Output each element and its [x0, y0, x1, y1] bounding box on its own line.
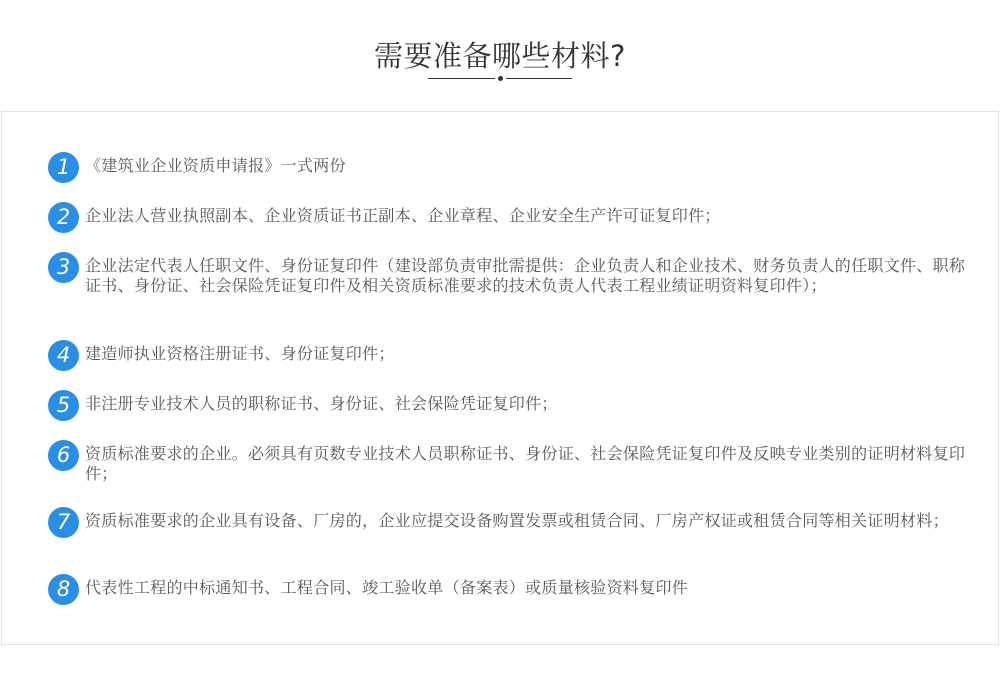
- material-text: 企业法定代表人任职文件、身份证复印件（建设部负责审批需提供：企业负责人和企业技术…: [85, 256, 975, 296]
- number-badge-icon: 5: [48, 390, 79, 421]
- materials-panel: 1 《建筑业企业资质申请报》一式两份 2 企业法人营业执照副本、企业资质证书正副…: [1, 111, 999, 645]
- number-badge-icon: 4: [48, 340, 79, 371]
- number-badge-icon: 1: [48, 152, 79, 183]
- number-badge-icon: 3: [48, 252, 79, 283]
- divider-dot-icon: [498, 76, 503, 81]
- divider-line-left: [428, 78, 495, 79]
- divider-line-right: [506, 78, 572, 79]
- number-badge-icon: 7: [48, 507, 79, 538]
- number-badge-icon: 8: [48, 574, 79, 605]
- title-divider: [428, 77, 572, 80]
- material-text: 资质标准要求的企业具有设备、厂房的，企业应提交设备购置发票或租赁合同、厂房产权证…: [85, 511, 975, 531]
- material-text: 建造师执业资格注册证书、身份证复印件；: [85, 344, 975, 364]
- number-badge-icon: 2: [48, 202, 79, 233]
- number-badge-icon: 6: [48, 440, 79, 471]
- material-text: 非注册专业技术人员的职称证书、身份证、社会保险凭证复印件；: [85, 394, 975, 414]
- section-header: 需要准备哪些材料?: [0, 0, 1000, 110]
- material-text: 《建筑业企业资质申请报》一式两份: [85, 156, 975, 176]
- material-text: 企业法人营业执照副本、企业资质证书正副本、企业章程、企业安全生产许可证复印件；: [85, 206, 975, 226]
- material-text: 代表性工程的中标通知书、工程合同、竣工验收单（备案表）或质量核验资料复印件: [85, 578, 975, 598]
- page-title: 需要准备哪些材料?: [0, 36, 1000, 76]
- material-text: 资质标准要求的企业。必须具有页数专业技术人员职称证书、身份证、社会保险凭证复印件…: [85, 444, 975, 484]
